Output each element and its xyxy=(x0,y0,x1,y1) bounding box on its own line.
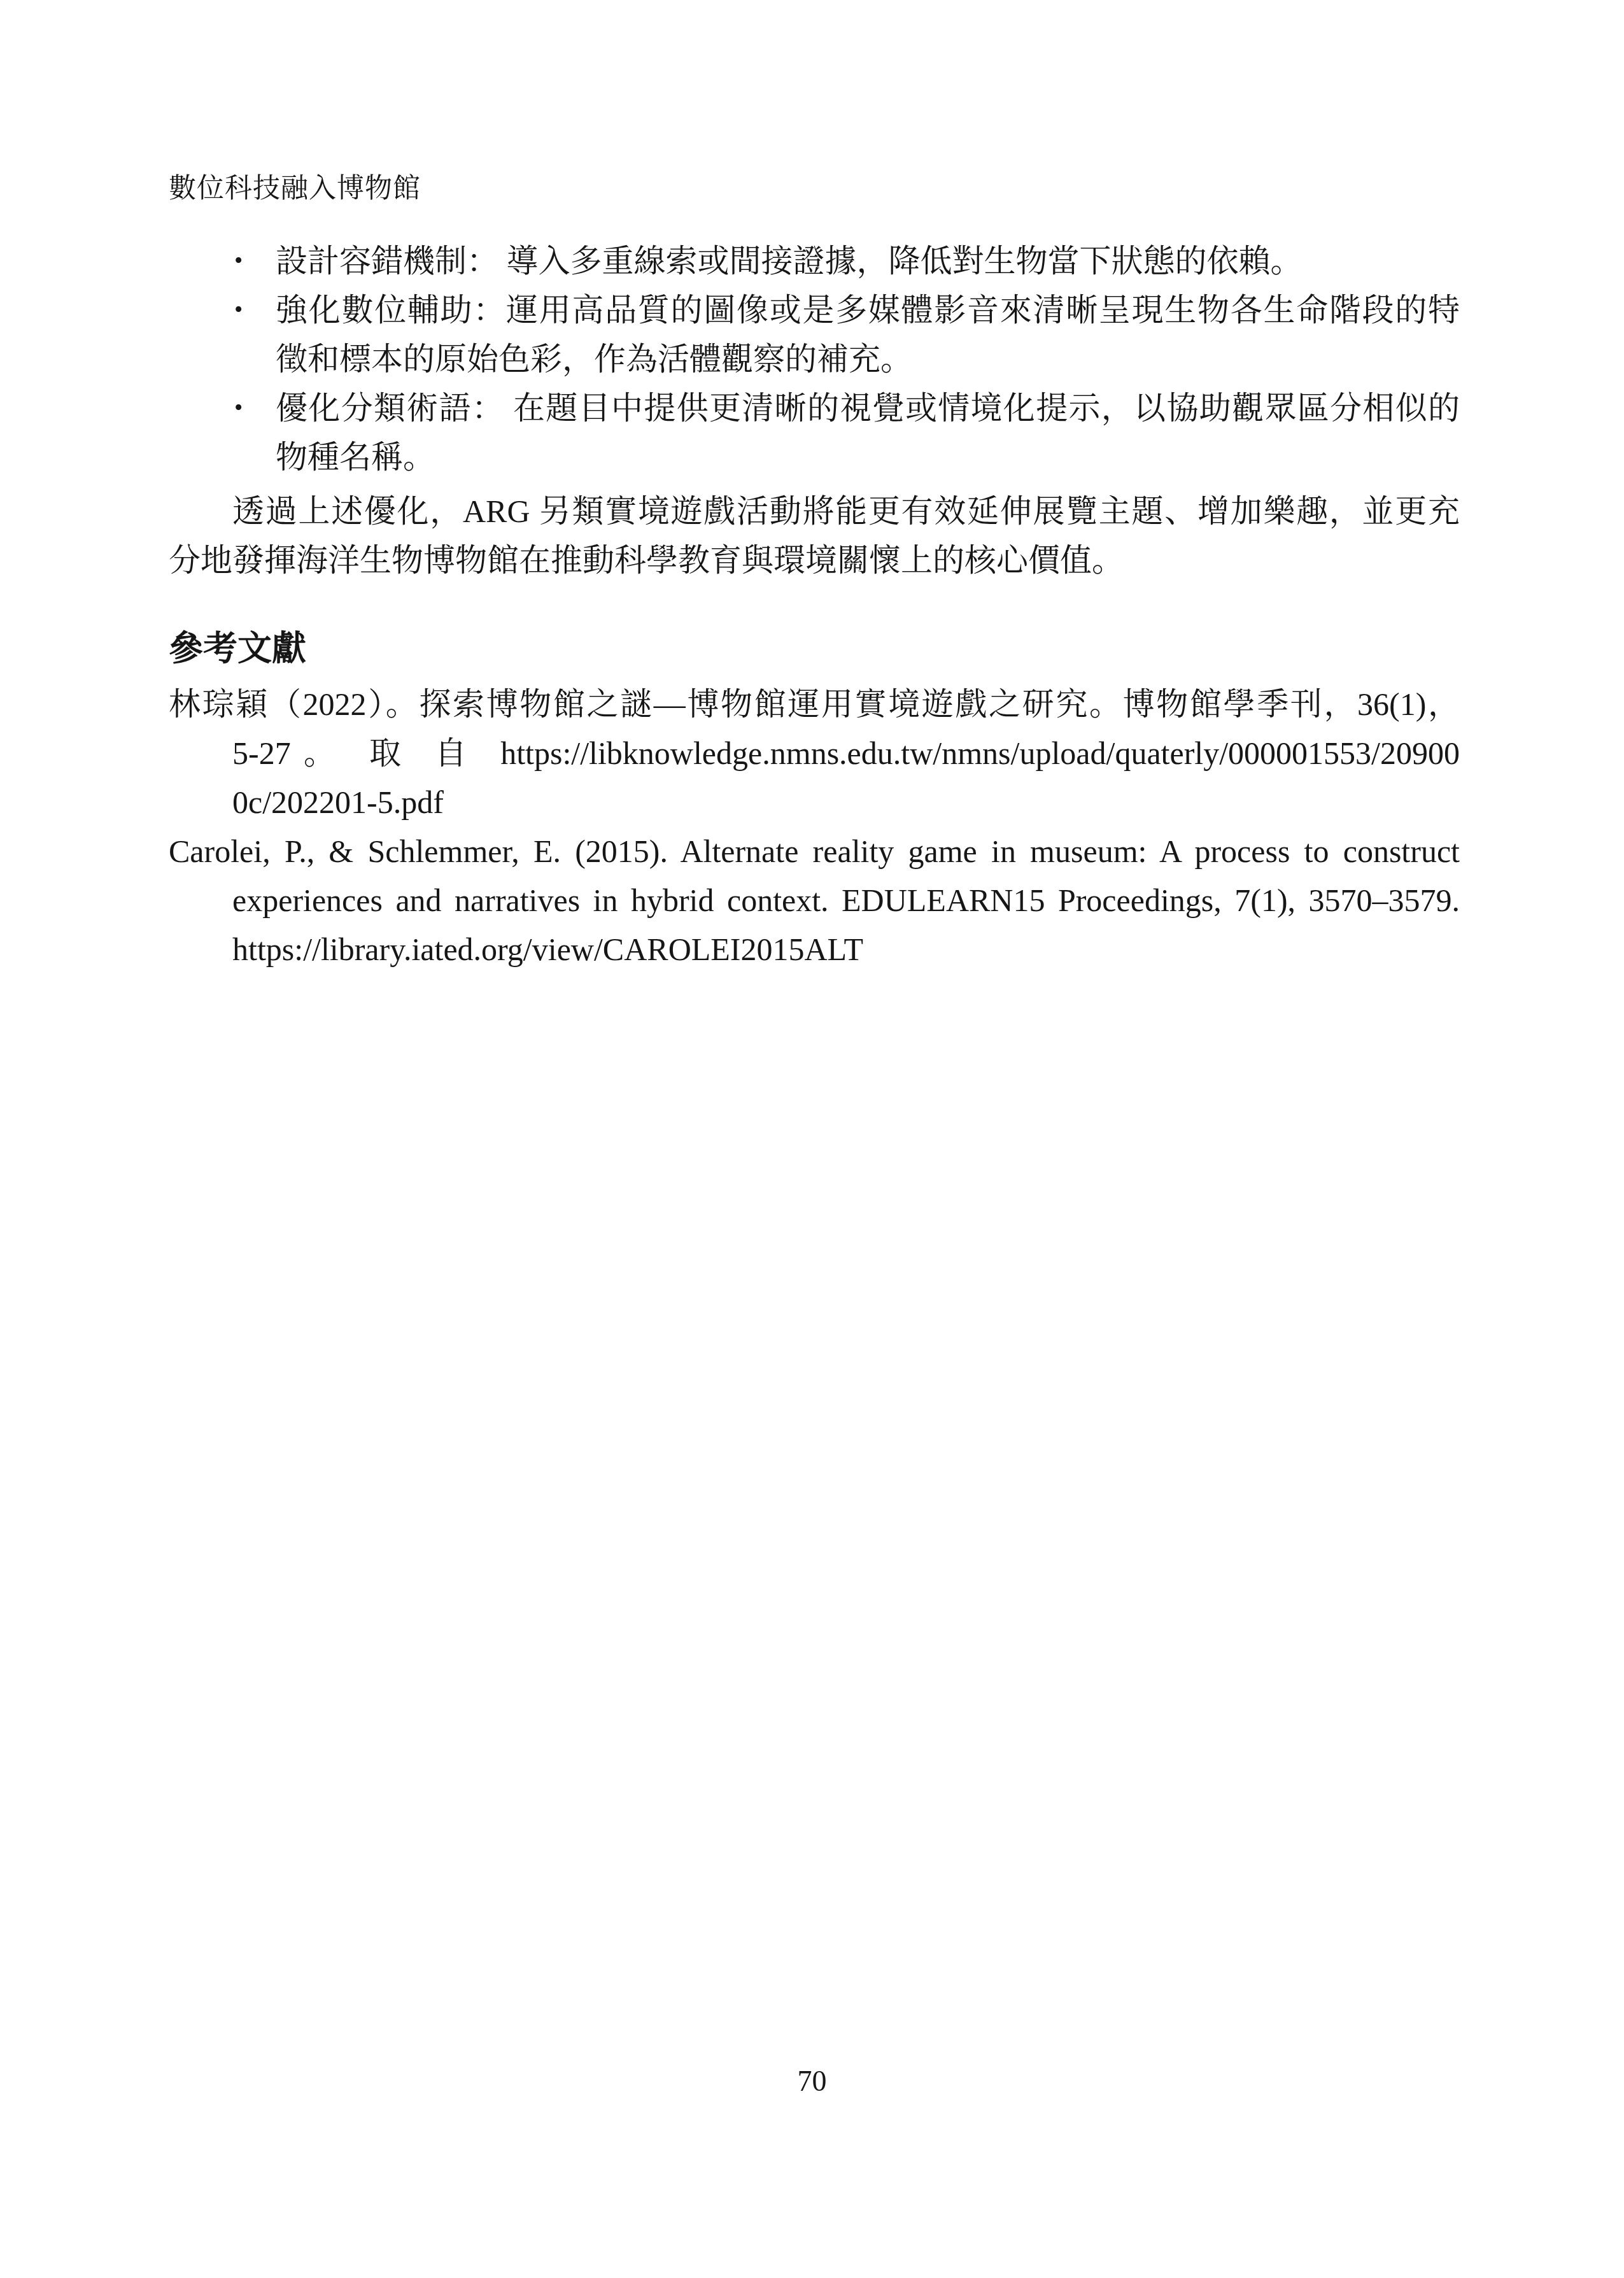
bullet-marker-icon: • xyxy=(234,384,243,433)
paragraph-line: 透過上述優化，ARG 另類實境遊戲活動將能更有效延伸展覽主題、增加樂趣，並更充 xyxy=(169,487,1460,536)
reference-line: 5-27。 取 自 https://libknowledge.nmns.edu.… xyxy=(169,729,1460,778)
bullet-text-block: 優化分類術語： 在題目中提供更清晰的視覺或情境化提示，以協助觀眾區分相似的 物種… xyxy=(276,384,1460,482)
bullet-marker-icon: • xyxy=(234,237,243,286)
bullet-text-block: 強化數位輔助：運用高品質的圖像或是多媒體影音來清晰呈現生物各生命階段的特 徵和標… xyxy=(276,286,1460,384)
bullet-text-line: 設計容錯機制： 導入多重線索或間接證據，降低對生物當下狀態的依賴。 xyxy=(276,237,1460,286)
bullet-text-line: 優化分類術語： 在題目中提供更清晰的視覺或情境化提示，以協助觀眾區分相似的 xyxy=(276,384,1460,433)
bullet-text-line: 物種名稱。 xyxy=(276,433,1460,482)
bullet-item: • 優化分類術語： 在題目中提供更清晰的視覺或情境化提示，以協助觀眾區分相似的 … xyxy=(169,384,1460,482)
reference-line: https://library.iated.org/view/CAROLEI20… xyxy=(169,925,1460,974)
bullet-text-block: 設計容錯機制： 導入多重線索或間接證據，降低對生物當下狀態的依賴。 xyxy=(276,237,1460,286)
document-page: 數位科技融入博物館 • 設計容錯機制： 導入多重線索或間接證據，降低對生物當下狀… xyxy=(0,0,1624,2278)
running-header: 數位科技融入博物館 xyxy=(169,173,421,204)
paragraph-line: 分地發揮海洋生物博物館在推動科學教育與環境關懷上的核心價值。 xyxy=(169,536,1460,585)
bullet-item: • 設計容錯機制： 導入多重線索或間接證據，降低對生物當下狀態的依賴。 xyxy=(169,237,1460,286)
bullet-text-line: 徵和標本的原始色彩，作為活體觀察的補充。 xyxy=(276,335,1460,384)
bullet-list: • 設計容錯機制： 導入多重線索或間接證據，降低對生物當下狀態的依賴。 • 強化… xyxy=(169,237,1460,482)
bullet-marker-icon: • xyxy=(234,286,243,335)
reference-line: Carolei, P., & Schlemmer, E. (2015). Alt… xyxy=(169,827,1460,876)
bullet-item: • 強化數位輔助：運用高品質的圖像或是多媒體影音來清晰呈現生物各生命階段的特 徵… xyxy=(169,286,1460,384)
reference-item: Carolei, P., & Schlemmer, E. (2015). Alt… xyxy=(169,827,1460,974)
reference-line: 林琮穎（2022）。探索博物館之謎—博物館運用實境遊戲之研究。博物館學季刊，36… xyxy=(169,680,1460,729)
reference-item: 林琮穎（2022）。探索博物館之謎—博物館運用實境遊戲之研究。博物館學季刊，36… xyxy=(169,680,1460,827)
reference-line: 0c/202201-5.pdf xyxy=(169,778,1460,827)
closing-paragraph: 透過上述優化，ARG 另類實境遊戲活動將能更有效延伸展覽主題、增加樂趣，並更充 … xyxy=(169,487,1460,585)
reference-list: 林琮穎（2022）。探索博物館之謎—博物館運用實境遊戲之研究。博物館學季刊，36… xyxy=(169,680,1460,974)
page-number: 70 xyxy=(0,2065,1624,2098)
bullet-text-line: 強化數位輔助：運用高品質的圖像或是多媒體影音來清晰呈現生物各生命階段的特 xyxy=(276,286,1460,335)
references-heading: 參考文獻 xyxy=(169,625,306,674)
reference-line: experiences and narratives in hybrid con… xyxy=(169,876,1460,925)
